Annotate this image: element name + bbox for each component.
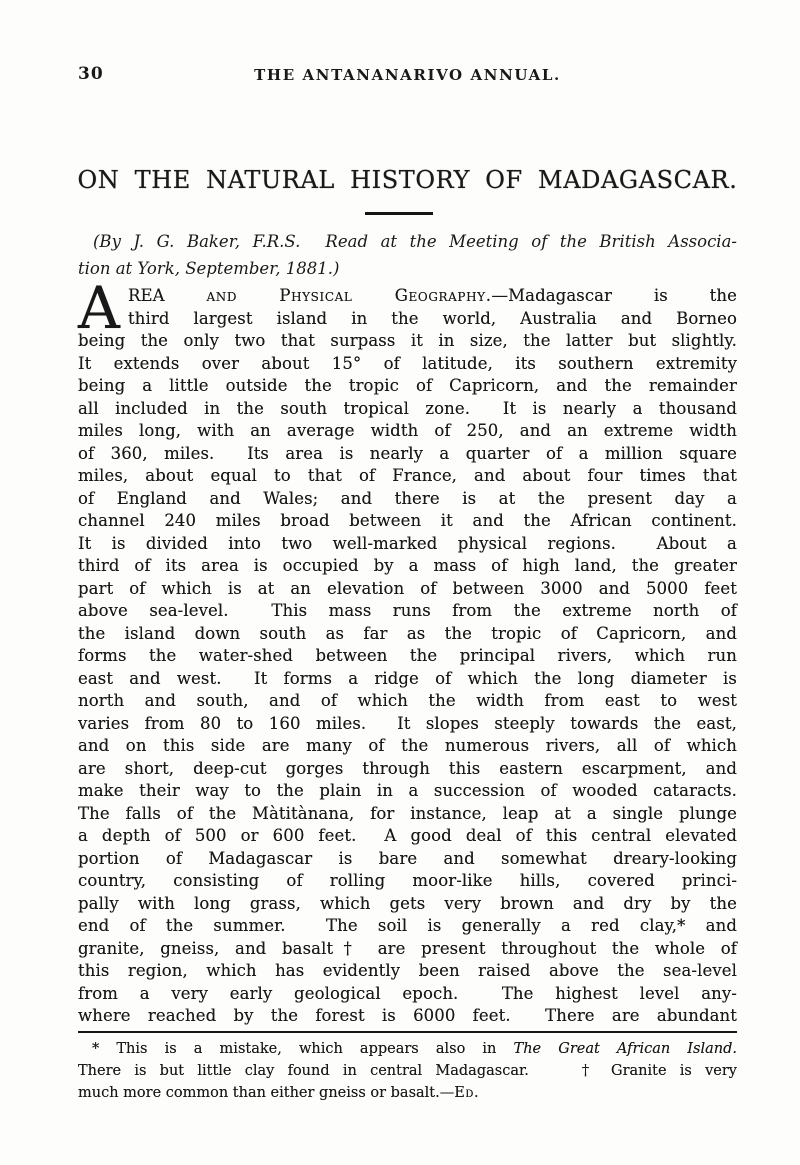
footnote-book-title: The Great African Island. <box>514 1041 737 1057</box>
body-line: country, consisting of rolling moor-like… <box>78 870 737 893</box>
footnote-editor-mark: Ed. <box>454 1085 479 1101</box>
running-head: THE ANTANANARIVO ANNUAL. <box>78 66 737 84</box>
body-line: third of its area is occupied by a mass … <box>78 555 737 578</box>
body-line: this region, which has evidently been ra… <box>78 960 737 983</box>
body-line: of 360, miles. Its area is nearly a quar… <box>78 443 737 466</box>
section-heading-smallcaps: and Physical Geography. <box>207 286 492 305</box>
body-line: east and west. It forms a ridge of which… <box>78 668 737 691</box>
body-line: miles, about equal to that of France, an… <box>78 465 737 488</box>
body-line: from a very early geological epoch. The … <box>78 983 737 1006</box>
body-line: and on this side are many of the numerou… <box>78 735 737 758</box>
footnote-separator-rule <box>78 1031 737 1033</box>
body-line: It is divided into two well-marked physi… <box>78 533 737 556</box>
body-line: portion of Madagascar is bare and somewh… <box>78 848 737 871</box>
body-line: third largest island in the world, Austr… <box>78 308 737 331</box>
footnote-line: There is but little clay found in centra… <box>78 1060 737 1082</box>
footnote-text: much more common than either gneiss or b… <box>78 1085 454 1101</box>
body-line: It extends over about 15° of latitude, i… <box>78 353 737 376</box>
footnote-text: * This is a mistake, which appears also … <box>92 1041 514 1057</box>
drop-cap-letter: A <box>78 287 120 330</box>
body-line: varies from 80 to 160 miles. It slopes s… <box>78 713 737 736</box>
body-line: are short, deep-cut gorges through this … <box>78 758 737 781</box>
body-line: make their way to the plain in a success… <box>78 780 737 803</box>
byline-line: tion at York, September, 1881.) <box>78 255 737 282</box>
body-line: of England and Wales; and there is at th… <box>78 488 737 511</box>
body-line: pally with long grass, which gets very b… <box>78 893 737 916</box>
body-line: all included in the south tropical zone.… <box>78 398 737 421</box>
opening-caps: REA <box>128 286 165 305</box>
body-line: the island down south as far as the trop… <box>78 623 737 646</box>
body-line: part of which is at an elevation of betw… <box>78 578 737 601</box>
body-line: REA and Physical Geography.—Madagascar i… <box>78 285 737 308</box>
body-line: being the only two that surpass it in si… <box>78 330 737 353</box>
body-line: where reached by the forest is 6000 feet… <box>78 1005 737 1028</box>
body-line: above sea-level. This mass runs from the… <box>78 600 737 623</box>
body-line: being a little outside the tropic of Cap… <box>78 375 737 398</box>
body-line: a depth of 500 or 600 feet. A good deal … <box>78 825 737 848</box>
footnote: * This is a mistake, which appears also … <box>78 1038 737 1104</box>
scanned-book-page: 30 THE ANTANANARIVO ANNUAL. ON THE NATUR… <box>0 0 800 1165</box>
opening-rest: —Madagascar is the <box>492 286 737 305</box>
body-line: end of the summer. The soil is generally… <box>78 915 737 938</box>
byline: (By J. G. Baker, F.R.S. Read at the Meet… <box>78 228 737 282</box>
footnote-line: * This is a mistake, which appears also … <box>78 1038 737 1060</box>
body-line: granite, gneiss, and basalt† are present… <box>78 938 737 961</box>
body-line: The falls of the Màtitànana, for instanc… <box>78 803 737 826</box>
byline-line: (By J. G. Baker, F.R.S. Read at the Meet… <box>78 228 737 255</box>
body-line: channel 240 miles broad between it and t… <box>78 510 737 533</box>
footnote-line: much more common than either gneiss or b… <box>78 1082 737 1104</box>
body-line: north and south, and of which the width … <box>78 690 737 713</box>
title-divider-rule <box>365 212 433 215</box>
body-line: miles long, with an average width of 250… <box>78 420 737 443</box>
body-line: forms the water-shed between the princip… <box>78 645 737 668</box>
article-body: A REA and Physical Geography.—Madagascar… <box>78 285 737 1028</box>
article-title: ON THE NATURAL HISTORY OF MADAGASCAR. <box>70 166 745 194</box>
